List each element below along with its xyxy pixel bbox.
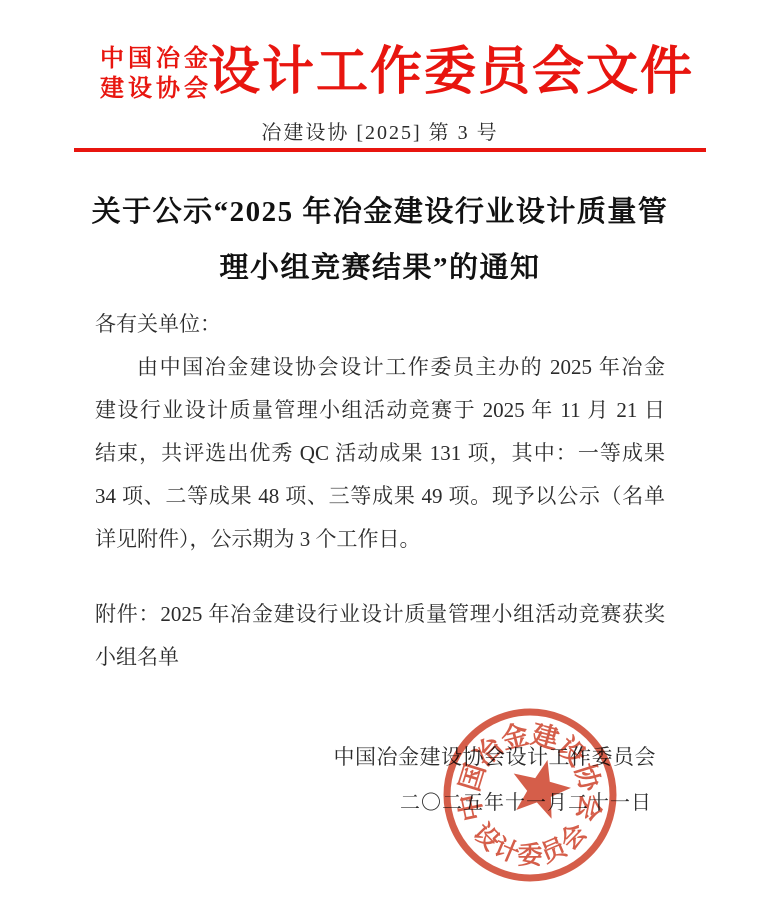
seal-ring-char: 会 [571, 791, 606, 824]
body-line: 建设行业设计质量管理小组活动竞赛于 2025 年 11 月 21 日 [95, 389, 665, 432]
body-line: 由中国冶金建设协会设计工作委员主办的 2025 年冶金 [95, 346, 665, 389]
issuer-org-line1: 中国冶金 [100, 44, 212, 74]
document-number: 冶建设协 [2025] 第 3 号 [0, 120, 760, 146]
official-seal: 中国冶金建设协会设计委员会 [442, 707, 618, 883]
document-page: 中国冶金 建设协会 设计工作委员会文件 冶建设协 [2025] 第 3 号 关于… [0, 0, 760, 905]
attachment-note: 附件：2025 年冶金建设行业设计质量管理小组活动竞赛获奖 小组名单 [95, 593, 665, 679]
body-line: 结束，共评选出优秀 QC 活动成果 131 项，其中：一等成果 [95, 432, 665, 475]
document-type-banner: 设计工作委员会文件 [208, 42, 690, 104]
body-line: 34 项、二等成果 48 项、三等成果 49 项。现予以公示（名单 [95, 475, 665, 518]
notice-title-line2: 理小组竞赛结果”的通知 [40, 240, 720, 296]
seal-ring-char: 中 [454, 791, 489, 824]
notice-title: 关于公示“2025 年冶金建设行业设计质量管 理小组竞赛结果”的通知 [40, 184, 720, 296]
issuer-org-line2: 建设协会 [100, 74, 212, 104]
salutation: 各有关单位： [95, 303, 665, 346]
issuer-org-name: 中国冶金 建设协会 [100, 44, 212, 104]
body-line: 详见附件），公示期为 3 个工作日。 [95, 518, 665, 561]
notice-body: 各有关单位： 由中国冶金建设协会设计工作委员主办的 2025 年冶金 建设行业设… [95, 303, 665, 679]
red-divider-line [74, 148, 706, 152]
attachment-line1: 附件：2025 年冶金建设行业设计质量管理小组活动竞赛获奖 [95, 593, 665, 636]
attachment-line2: 小组名单 [95, 636, 665, 679]
notice-title-line1: 关于公示“2025 年冶金建设行业设计质量管 [40, 184, 720, 240]
